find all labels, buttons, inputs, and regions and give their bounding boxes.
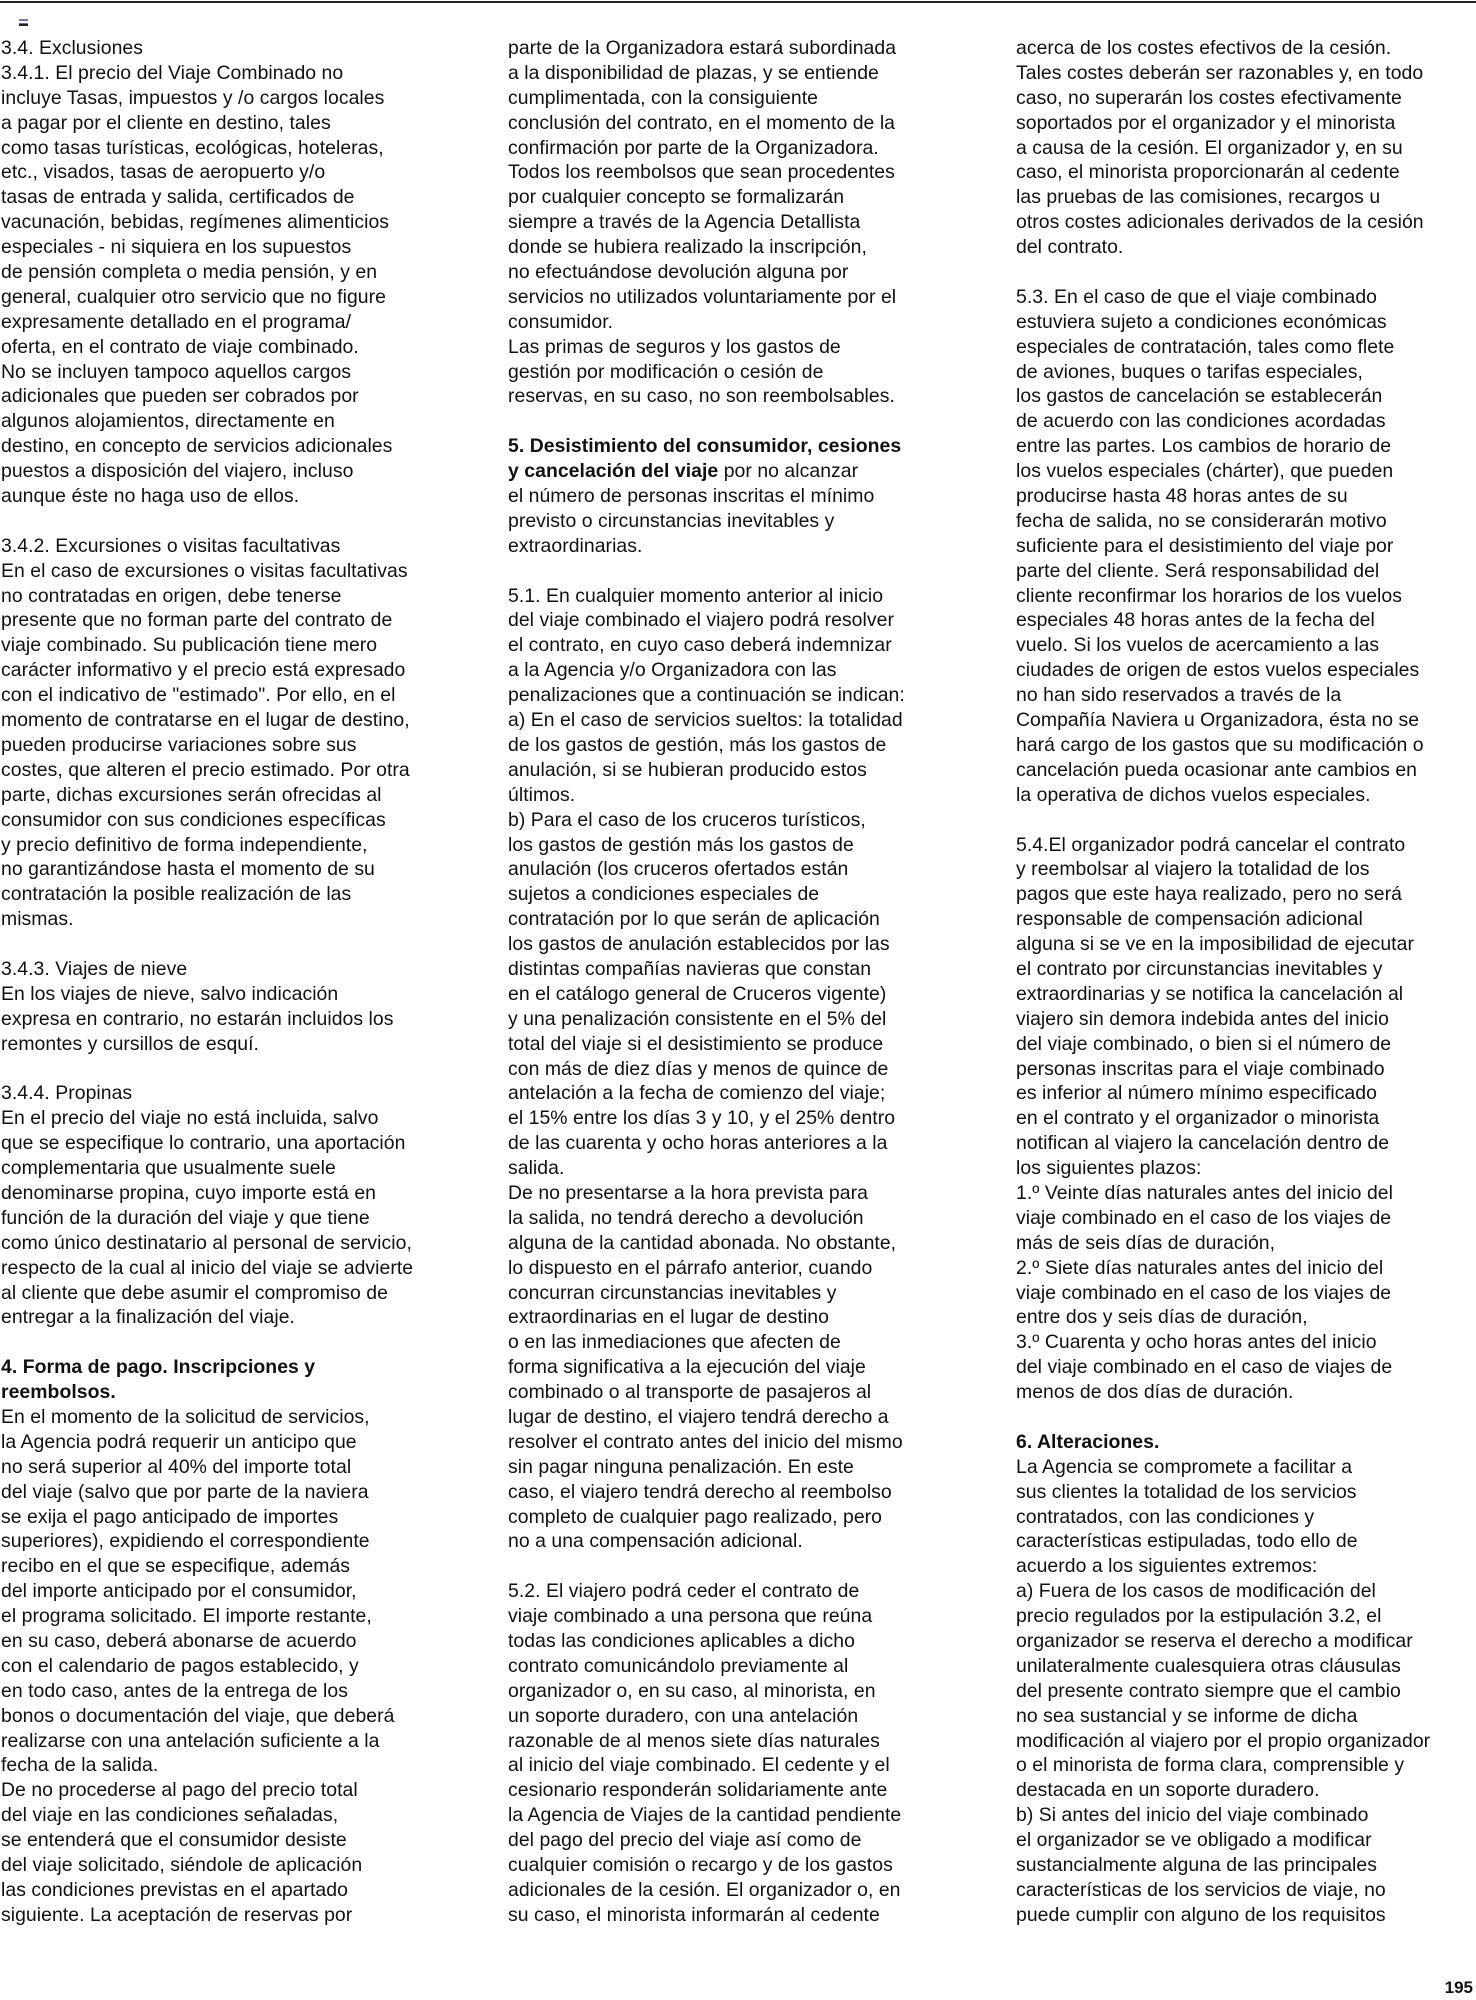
text-line: en el contrato y el organizador o minori… [1016, 1106, 1430, 1131]
text-line: por cualquier concepto se formalizarán [508, 185, 905, 210]
text-line: el número de personas inscritas el mínim… [508, 484, 905, 509]
text-line: resolver el contrato antes del inicio de… [508, 1430, 905, 1455]
paragraph: 5.4.El organizador podrá cancelar el con… [1016, 833, 1430, 1405]
text-line: la Agencia de Viajes de la cantidad pend… [508, 1803, 905, 1828]
text-line: características estipuladas, todo ello d… [1016, 1529, 1430, 1554]
paragraph: 3.4.4. PropinasEn el precio del viaje no… [1, 1081, 413, 1330]
text-line: ciudades de origen de estos vuelos espec… [1016, 658, 1430, 683]
text-line: De no procederse al pago del precio tota… [1, 1778, 413, 1803]
text-line: combinado o al transporte de pasajeros a… [508, 1380, 905, 1405]
text-line: los gastos de anulación establecidos por… [508, 932, 905, 957]
text-line: viaje combinado en el caso de los viajes… [1016, 1206, 1430, 1231]
text-line: 6. Alteraciones. [1016, 1430, 1430, 1455]
section-heading: 4. Forma de pago. Inscripciones yreembol… [1, 1355, 413, 1405]
text-column-1: 3.4. Exclusiones3.4.1. El precio del Via… [1, 36, 413, 1928]
text-line: gestión por modificación o cesión de [508, 360, 905, 385]
text-line: sujetos a condiciones especiales de [508, 882, 905, 907]
text-line: siempre a través de la Agencia Detallist… [508, 210, 905, 235]
text-line: estuviera sujeto a condiciones económica… [1016, 310, 1430, 335]
section-heading-line: y cancelación del viaje por no alcanzar [508, 459, 905, 484]
text-line: del viaje combinado en el caso de viajes… [1016, 1355, 1430, 1380]
text-line: general, cualquier otro servicio que no … [1, 285, 413, 310]
text-line: aunque éste no haga uso de ellos. [1, 484, 413, 509]
text-line: 3.4.1. El precio del Viaje Combinado no [1, 61, 413, 86]
text-line: a causa de la cesión. El organizador y, … [1016, 136, 1430, 161]
text-line: notifican al viajero la cancelación dent… [1016, 1131, 1430, 1156]
text-line: lugar de destino, el viajero tendrá dere… [508, 1405, 905, 1430]
text-line: 3.4. Exclusiones [1, 36, 413, 61]
paragraph: parte de la Organizadora estará subordin… [508, 36, 905, 409]
text-line: todas las condiciones aplicables a dicho [508, 1629, 905, 1654]
text-line: vacunación, bebidas, regímenes alimentic… [1, 210, 413, 235]
text-line: del viaje (salvo que por parte de la nav… [1, 1480, 413, 1505]
text-line: pueden producirse variaciones sobre sus [1, 733, 413, 758]
text-line: función de la duración del viaje y que t… [1, 1206, 413, 1231]
text-line: viajero sin demora indebida antes del in… [1016, 1007, 1430, 1032]
text-line: presente que no forman parte del contrat… [1, 608, 413, 633]
text-line: siguiente. La aceptación de reservas por [1, 1903, 413, 1928]
text-line: Las primas de seguros y los gastos de [508, 335, 905, 360]
text-line: cesionario responderán solidariamente an… [508, 1778, 905, 1803]
text-line: puestos a disposición del viajero, inclu… [1, 459, 413, 484]
text-line: organizador o, en su caso, al minorista,… [508, 1679, 905, 1704]
paragraph-gap [1, 1330, 413, 1355]
text-line: Tales costes deberán ser razonables y, e… [1016, 61, 1430, 86]
text-line: expresa en contrario, no estarán incluid… [1, 1007, 413, 1032]
text-line: modificación al viajero por el propio or… [1016, 1729, 1430, 1754]
text-line: o en las inmediaciones que afecten de [508, 1330, 905, 1355]
text-line: en todo caso, antes de la entrega de los [1, 1679, 413, 1704]
text-line: soportados por el organizador y el minor… [1016, 111, 1430, 136]
text-line: bonos o documentación del viaje, que deb… [1, 1704, 413, 1729]
text-line: distintas compañías navieras que constan [508, 957, 905, 982]
text-line: la Agencia podrá requerir un anticipo qu… [1, 1430, 413, 1455]
text-line: contratados, con las condiciones y [1016, 1505, 1430, 1530]
text-line: con más de diez días y menos de quince d… [508, 1057, 905, 1082]
paragraph: 3.4. Exclusiones3.4.1. El precio del Via… [1, 36, 413, 509]
text-line: de acuerdo con las condiciones acordadas [1016, 409, 1430, 434]
text-line: puede cumplir con alguno de los requisit… [1016, 1903, 1430, 1928]
text-line: caso, el viajero tendrá derecho al reemb… [508, 1480, 905, 1505]
text-line: En los viajes de nieve, salvo indicación [1, 982, 413, 1007]
text-line: el contrato, en cuyo caso deberá indemni… [508, 633, 905, 658]
text-line: acerca de los costes efectivos de la ces… [1016, 36, 1430, 61]
text-line: y una penalización consistente en el 5% … [508, 1007, 905, 1032]
text-line: últimos. [508, 783, 905, 808]
text-line: en el catálogo general de Cruceros vigen… [508, 982, 905, 1007]
text-line: extraordinarias en el lugar de destino [508, 1305, 905, 1330]
text-line: del presente contrato siempre que el cam… [1016, 1679, 1430, 1704]
text-line: alguna si se ve en la imposibilidad de e… [1016, 932, 1430, 957]
text-line: oferta, en el contrato de viaje combinad… [1, 335, 413, 360]
text-line: 4. Forma de pago. Inscripciones y [1, 1355, 413, 1380]
text-line: consumidor. [508, 310, 905, 335]
text-line: las condiciones previstas en el apartado [1, 1878, 413, 1903]
paragraph-gap [1, 509, 413, 534]
text-line: a pagar por el cliente en destino, tales [1, 111, 413, 136]
paragraph: 5.1. En cualquier momento anterior al in… [508, 584, 905, 1555]
text-line: especiales - ni siquiera en los supuesto… [1, 235, 413, 260]
text-line: como único destinatario al personal de s… [1, 1231, 413, 1256]
text-line: concurran circunstancias inevitables y [508, 1281, 905, 1306]
text-line: producirse hasta 48 horas antes de su [1016, 484, 1430, 509]
text-line: con el calendario de pagos establecido, … [1, 1654, 413, 1679]
text-line: La Agencia se compromete a facilitar a [1016, 1455, 1430, 1480]
text-line: entregar a la finalización del viaje. [1, 1305, 413, 1330]
text-line: sin pagar ninguna penalización. En este [508, 1455, 905, 1480]
text-line: mismas. [1, 907, 413, 932]
text-line: del viaje solicitado, siéndole de aplica… [1, 1853, 413, 1878]
paragraph-gap [1016, 1405, 1430, 1430]
text-line: no efectuándose devolución alguna por [508, 260, 905, 285]
text-line: 2.º Siete días naturales antes del inici… [1016, 1256, 1430, 1281]
text-line: hará cargo de los gastos que su modifica… [1016, 733, 1430, 758]
text-line: costes, que alteren el precio estimado. … [1, 758, 413, 783]
text-line: no garantizándose hasta el momento de su [1, 857, 413, 882]
text-line: no a una compensación adicional. [508, 1529, 905, 1554]
text-line: reservas, en su caso, no son reembolsabl… [508, 384, 905, 409]
text-line: algunos alojamientos, directamente en [1, 409, 413, 434]
text-line: b) Si antes del inicio del viaje combina… [1016, 1803, 1430, 1828]
text-line: los vuelos especiales (chárter), que pue… [1016, 459, 1430, 484]
text-line: b) Para el caso de los cruceros turístic… [508, 808, 905, 833]
section-heading: 6. Alteraciones. [1016, 1430, 1430, 1455]
section-heading: 5. Desistimiento del consumidor, cesione… [508, 434, 905, 558]
text-line: momento de contratarse en el lugar de de… [1, 708, 413, 733]
text-line: parte de la Organizadora estará subordin… [508, 36, 905, 61]
text-line: del viaje en las condiciones señaladas, [1, 1803, 413, 1828]
text-line: 3.º Cuarenta y ocho horas antes del inic… [1016, 1330, 1430, 1355]
text-line: vuelo. Si los vuelos de acercamiento a l… [1016, 633, 1430, 658]
text-line: los gastos de cancelación se establecerá… [1016, 384, 1430, 409]
text-line: pagos que este haya realizado, pero no s… [1016, 882, 1430, 907]
text-line: no contratadas en origen, debe tenerse [1, 584, 413, 609]
paragraph: 5.2. El viajero podrá ceder el contrato … [508, 1579, 905, 1927]
text-line: parte, dichas excursiones serán ofrecida… [1, 783, 413, 808]
text-line: cancelación pueda ocasionar ante cambios… [1016, 758, 1430, 783]
text-line: a) Fuera de los casos de modificación de… [1016, 1579, 1430, 1604]
text-line: completo de cualquier pago realizado, pe… [508, 1505, 905, 1530]
paragraph: La Agencia se compromete a facilitar asu… [1016, 1455, 1430, 1928]
text-line: especiales 48 horas antes de la fecha de… [1016, 608, 1430, 633]
text-line: características de los servicios de viaj… [1016, 1878, 1430, 1903]
paragraph: 3.4.2. Excursiones o visitas facultativa… [1, 534, 413, 932]
text-line: organizador se reserva el derecho a modi… [1016, 1629, 1430, 1654]
text-line: y precio definitivo de forma independien… [1, 833, 413, 858]
paragraph-gap [508, 559, 905, 584]
text-line: recibo en el que se especifique, además [1, 1554, 413, 1579]
text-line: destino, en concepto de servicios adicio… [1, 434, 413, 459]
text-line: a la disponibilidad de plazas, y se enti… [508, 61, 905, 86]
text-line: otros costes adicionales derivados de la… [1016, 210, 1430, 235]
text-line: los gastos de gestión más los gastos de [508, 833, 905, 858]
text-line: penalizaciones que a continuación se ind… [508, 683, 905, 708]
paragraph-gap [508, 409, 905, 434]
text-line: fecha de la salida. [1, 1753, 413, 1778]
section-heading-bold: y cancelación del viaje [508, 460, 718, 482]
text-line: a la Agencia y/o Organizadora con las [508, 658, 905, 683]
text-column-3: acerca de los costes efectivos de la ces… [1016, 36, 1430, 1928]
page-number: 195 [1445, 1978, 1473, 1998]
text-line: del contrato. [1016, 235, 1430, 260]
text-line: extraordinarias. [508, 534, 905, 559]
text-line: a) En el caso de servicios sueltos: la t… [508, 708, 905, 733]
text-line: suficiente para el desistimiento del via… [1016, 534, 1430, 559]
text-line: del viaje combinado el viajero podrá res… [508, 608, 905, 633]
text-line: destacada en un soporte duradero. [1016, 1778, 1430, 1803]
text-line: superiores), expidiendo el correspondien… [1, 1529, 413, 1554]
text-line: fecha de salida, no se considerarán moti… [1016, 509, 1430, 534]
text-line: sustancialmente alguna de las principale… [1016, 1853, 1430, 1878]
text-line: el organizador se ve obligado a modifica… [1016, 1828, 1430, 1853]
text-line: menos de dos días de duración. [1016, 1380, 1430, 1405]
text-line: la salida, no tendrá derecho a devolució… [508, 1206, 905, 1231]
paragraph: 3.4.3. Viajes de nieveEn los viajes de n… [1, 957, 413, 1057]
text-line: cumplimentada, con la consiguiente [508, 86, 905, 111]
text-line: incluye Tasas, impuestos y /o cargos loc… [1, 86, 413, 111]
text-line: acuerdo a los siguientes extremos: [1016, 1554, 1430, 1579]
text-line: viaje combinado a una persona que reúna [508, 1604, 905, 1629]
text-line: cualquier comisión o recargo y de los ga… [508, 1853, 905, 1878]
text-line: total del viaje si el desistimiento se p… [508, 1032, 905, 1057]
text-line: 5.2. El viajero podrá ceder el contrato … [508, 1579, 905, 1604]
paragraph-gap [1016, 260, 1430, 285]
text-line: sus clientes la totalidad de los servici… [1016, 1480, 1430, 1505]
text-line: consumidor con sus condiciones específic… [1, 808, 413, 833]
text-line: viaje combinado en el caso de los viajes… [1016, 1281, 1430, 1306]
text-line: de pensión completa o media pensión, y e… [1, 260, 413, 285]
text-line: y reembolsar al viajero la totalidad de … [1016, 857, 1430, 882]
paragraph: En el momento de la solicitud de servici… [1, 1405, 413, 1928]
flag-icon [19, 19, 28, 26]
text-line: tasas de entrada y salida, certificados … [1, 185, 413, 210]
text-line: entre las partes. Los cambios de horario… [1016, 434, 1430, 459]
text-line: al cliente que debe asumir el compromiso… [1, 1281, 413, 1306]
text-line: con el indicativo de "estimado". Por ell… [1, 683, 413, 708]
text-line: de aviones, buques o tarifas especiales, [1016, 360, 1430, 385]
text-line: caso, no superarán los costes efectivame… [1016, 86, 1430, 111]
text-line: se entenderá que el consumidor desiste [1, 1828, 413, 1853]
text-line: En el precio del viaje no está incluida,… [1, 1106, 413, 1131]
text-column-2: parte de la Organizadora estará subordin… [508, 36, 905, 1928]
text-line: el programa solicitado. El importe resta… [1, 1604, 413, 1629]
text-line: complementaria que usualmente suele [1, 1156, 413, 1181]
text-line: adicionales de la cesión. El organizador… [508, 1878, 905, 1903]
text-line: los siguientes plazos: [1016, 1156, 1430, 1181]
text-line: del importe anticipado por el consumidor… [1, 1579, 413, 1604]
text-line: 1.º Veinte días naturales antes del inic… [1016, 1181, 1430, 1206]
text-line: el 15% entre los días 3 y 10, y el 25% d… [508, 1106, 905, 1131]
text-line: remontes y cursillos de esquí. [1, 1032, 413, 1057]
text-line: se exija el pago anticipado de importes [1, 1505, 413, 1530]
text-line: es inferior al número mínimo especificad… [1016, 1081, 1430, 1106]
text-line: de las cuarenta y ocho horas anteriores … [508, 1131, 905, 1156]
text-line: Todos los reembolsos que sean procedente… [508, 160, 905, 185]
text-line: viaje combinado. Su publicación tiene me… [1, 633, 413, 658]
text-line: No se incluyen tampoco aquellos cargos [1, 360, 413, 385]
text-line: caso, el minorista proporcionarán al ced… [1016, 160, 1430, 185]
text-line: En el momento de la solicitud de servici… [1, 1405, 413, 1430]
text-line: donde se hubiera realizado la inscripció… [508, 235, 905, 260]
text-line: De no presentarse a la hora prevista par… [508, 1181, 905, 1206]
text-line: un soporte duradero, con una antelación [508, 1704, 905, 1729]
text-line: responsable de compensación adicional [1016, 907, 1430, 932]
text-line: etc., visados, tasas de aeropuerto y/o [1, 160, 413, 185]
text-line: cliente reconfirmar los horarios de los … [1016, 584, 1430, 609]
paragraph-gap [508, 1554, 905, 1579]
text-line: reembolsos. [1, 1380, 413, 1405]
text-line: 5.1. En cualquier momento anterior al in… [508, 584, 905, 609]
text-line: no sea sustancial y se informe de dicha [1016, 1704, 1430, 1729]
text-line: 5.3. En el caso de que el viaje combinad… [1016, 285, 1430, 310]
paragraph-gap [1, 932, 413, 957]
text-line: razonable de al menos siete días natural… [508, 1729, 905, 1754]
text-line: anulación (los cruceros ofertados están [508, 857, 905, 882]
text-line: denominarse propina, cuyo importe está e… [1, 1181, 413, 1206]
text-line: carácter informativo y el precio está ex… [1, 658, 413, 683]
text-line: no será superior al 40% del importe tota… [1, 1455, 413, 1480]
text-line: 3.4.3. Viajes de nieve [1, 957, 413, 982]
text-line: 3.4.2. Excursiones o visitas facultativa… [1, 534, 413, 559]
text-line: como tasas turísticas, ecológicas, hotel… [1, 136, 413, 161]
text-line: extraordinarias y se notifica la cancela… [1016, 982, 1430, 1007]
text-line: no han sido reservados a través de la [1016, 683, 1430, 708]
text-line: que se especifique lo contrario, una apo… [1, 1131, 413, 1156]
text-line: personas inscritas para el viaje combina… [1016, 1057, 1430, 1082]
text-line: confirmación por parte de la Organizador… [508, 136, 905, 161]
text-line: el contrato por circunstancias inevitabl… [1016, 957, 1430, 982]
text-line: más de seis días de duración, [1016, 1231, 1430, 1256]
text-line: precio regulados por la estipulación 3.2… [1016, 1604, 1430, 1629]
text-line: su caso, el minorista informarán al cede… [508, 1903, 905, 1928]
paragraph: acerca de los costes efectivos de la ces… [1016, 36, 1430, 260]
paragraph-gap [1, 1057, 413, 1082]
text-line: del viaje combinado, o bien si el número… [1016, 1032, 1430, 1057]
text-line: alguna de la cantidad abonada. No obstan… [508, 1231, 905, 1256]
text-line: anulación, si se hubieran producido esto… [508, 758, 905, 783]
text-line: contrato comunicándolo previamente al [508, 1654, 905, 1679]
text-line: 5.4.El organizador podrá cancelar el con… [1016, 833, 1430, 858]
text-line: previsto o circunstancias inevitables y [508, 509, 905, 534]
text-line: o el minorista de forma clara, comprensi… [1016, 1753, 1430, 1778]
text-line: respecto de la cual al inicio del viaje … [1, 1256, 413, 1281]
top-rule [0, 1, 1476, 3]
text-line: especiales de contratación, tales como f… [1016, 335, 1430, 360]
text-line: en su caso, deberá abonarse de acuerdo [1, 1629, 413, 1654]
text-line: conclusión del contrato, en el momento d… [508, 111, 905, 136]
text-line: Compañía Naviera u Organizadora, ésta no… [1016, 708, 1430, 733]
text-line: forma significativa a la ejecución del v… [508, 1355, 905, 1380]
text-line: entre dos y seis días de duración, [1016, 1305, 1430, 1330]
text-line: del pago del precio del viaje así como d… [508, 1828, 905, 1853]
paragraph-gap [1016, 808, 1430, 833]
text-line: lo dispuesto en el párrafo anterior, cua… [508, 1256, 905, 1281]
section-heading-continuation: por no alcanzar [718, 460, 858, 482]
text-line: la operativa de dichos vuelos especiales… [1016, 783, 1430, 808]
text-line: contratación la posible realización de l… [1, 882, 413, 907]
paragraph: 5.3. En el caso de que el viaje combinad… [1016, 285, 1430, 808]
text-line: realizarse con una antelación suficiente… [1, 1729, 413, 1754]
section-heading-line: 5. Desistimiento del consumidor, cesione… [508, 434, 905, 459]
text-line: al inicio del viaje combinado. El cedent… [508, 1753, 905, 1778]
text-line: expresamente detallado en el programa/ [1, 310, 413, 335]
text-line: salida. [508, 1156, 905, 1181]
text-line: servicios no utilizados voluntariamente … [508, 285, 905, 310]
text-line: unilateralmente cualesquiera otras cláus… [1016, 1654, 1430, 1679]
text-line: adicionales que pueden ser cobrados por [1, 384, 413, 409]
text-line: las pruebas de las comisiones, recargos … [1016, 185, 1430, 210]
text-line: En el caso de excursiones o visitas facu… [1, 559, 413, 584]
text-line: 3.4.4. Propinas [1, 1081, 413, 1106]
text-line: de los gastos de gestión, más los gastos… [508, 733, 905, 758]
text-line: parte del cliente. Será responsabilidad … [1016, 559, 1430, 584]
text-line: contratación por lo que serán de aplicac… [508, 907, 905, 932]
text-line: antelación a la fecha de comienzo del vi… [508, 1081, 905, 1106]
